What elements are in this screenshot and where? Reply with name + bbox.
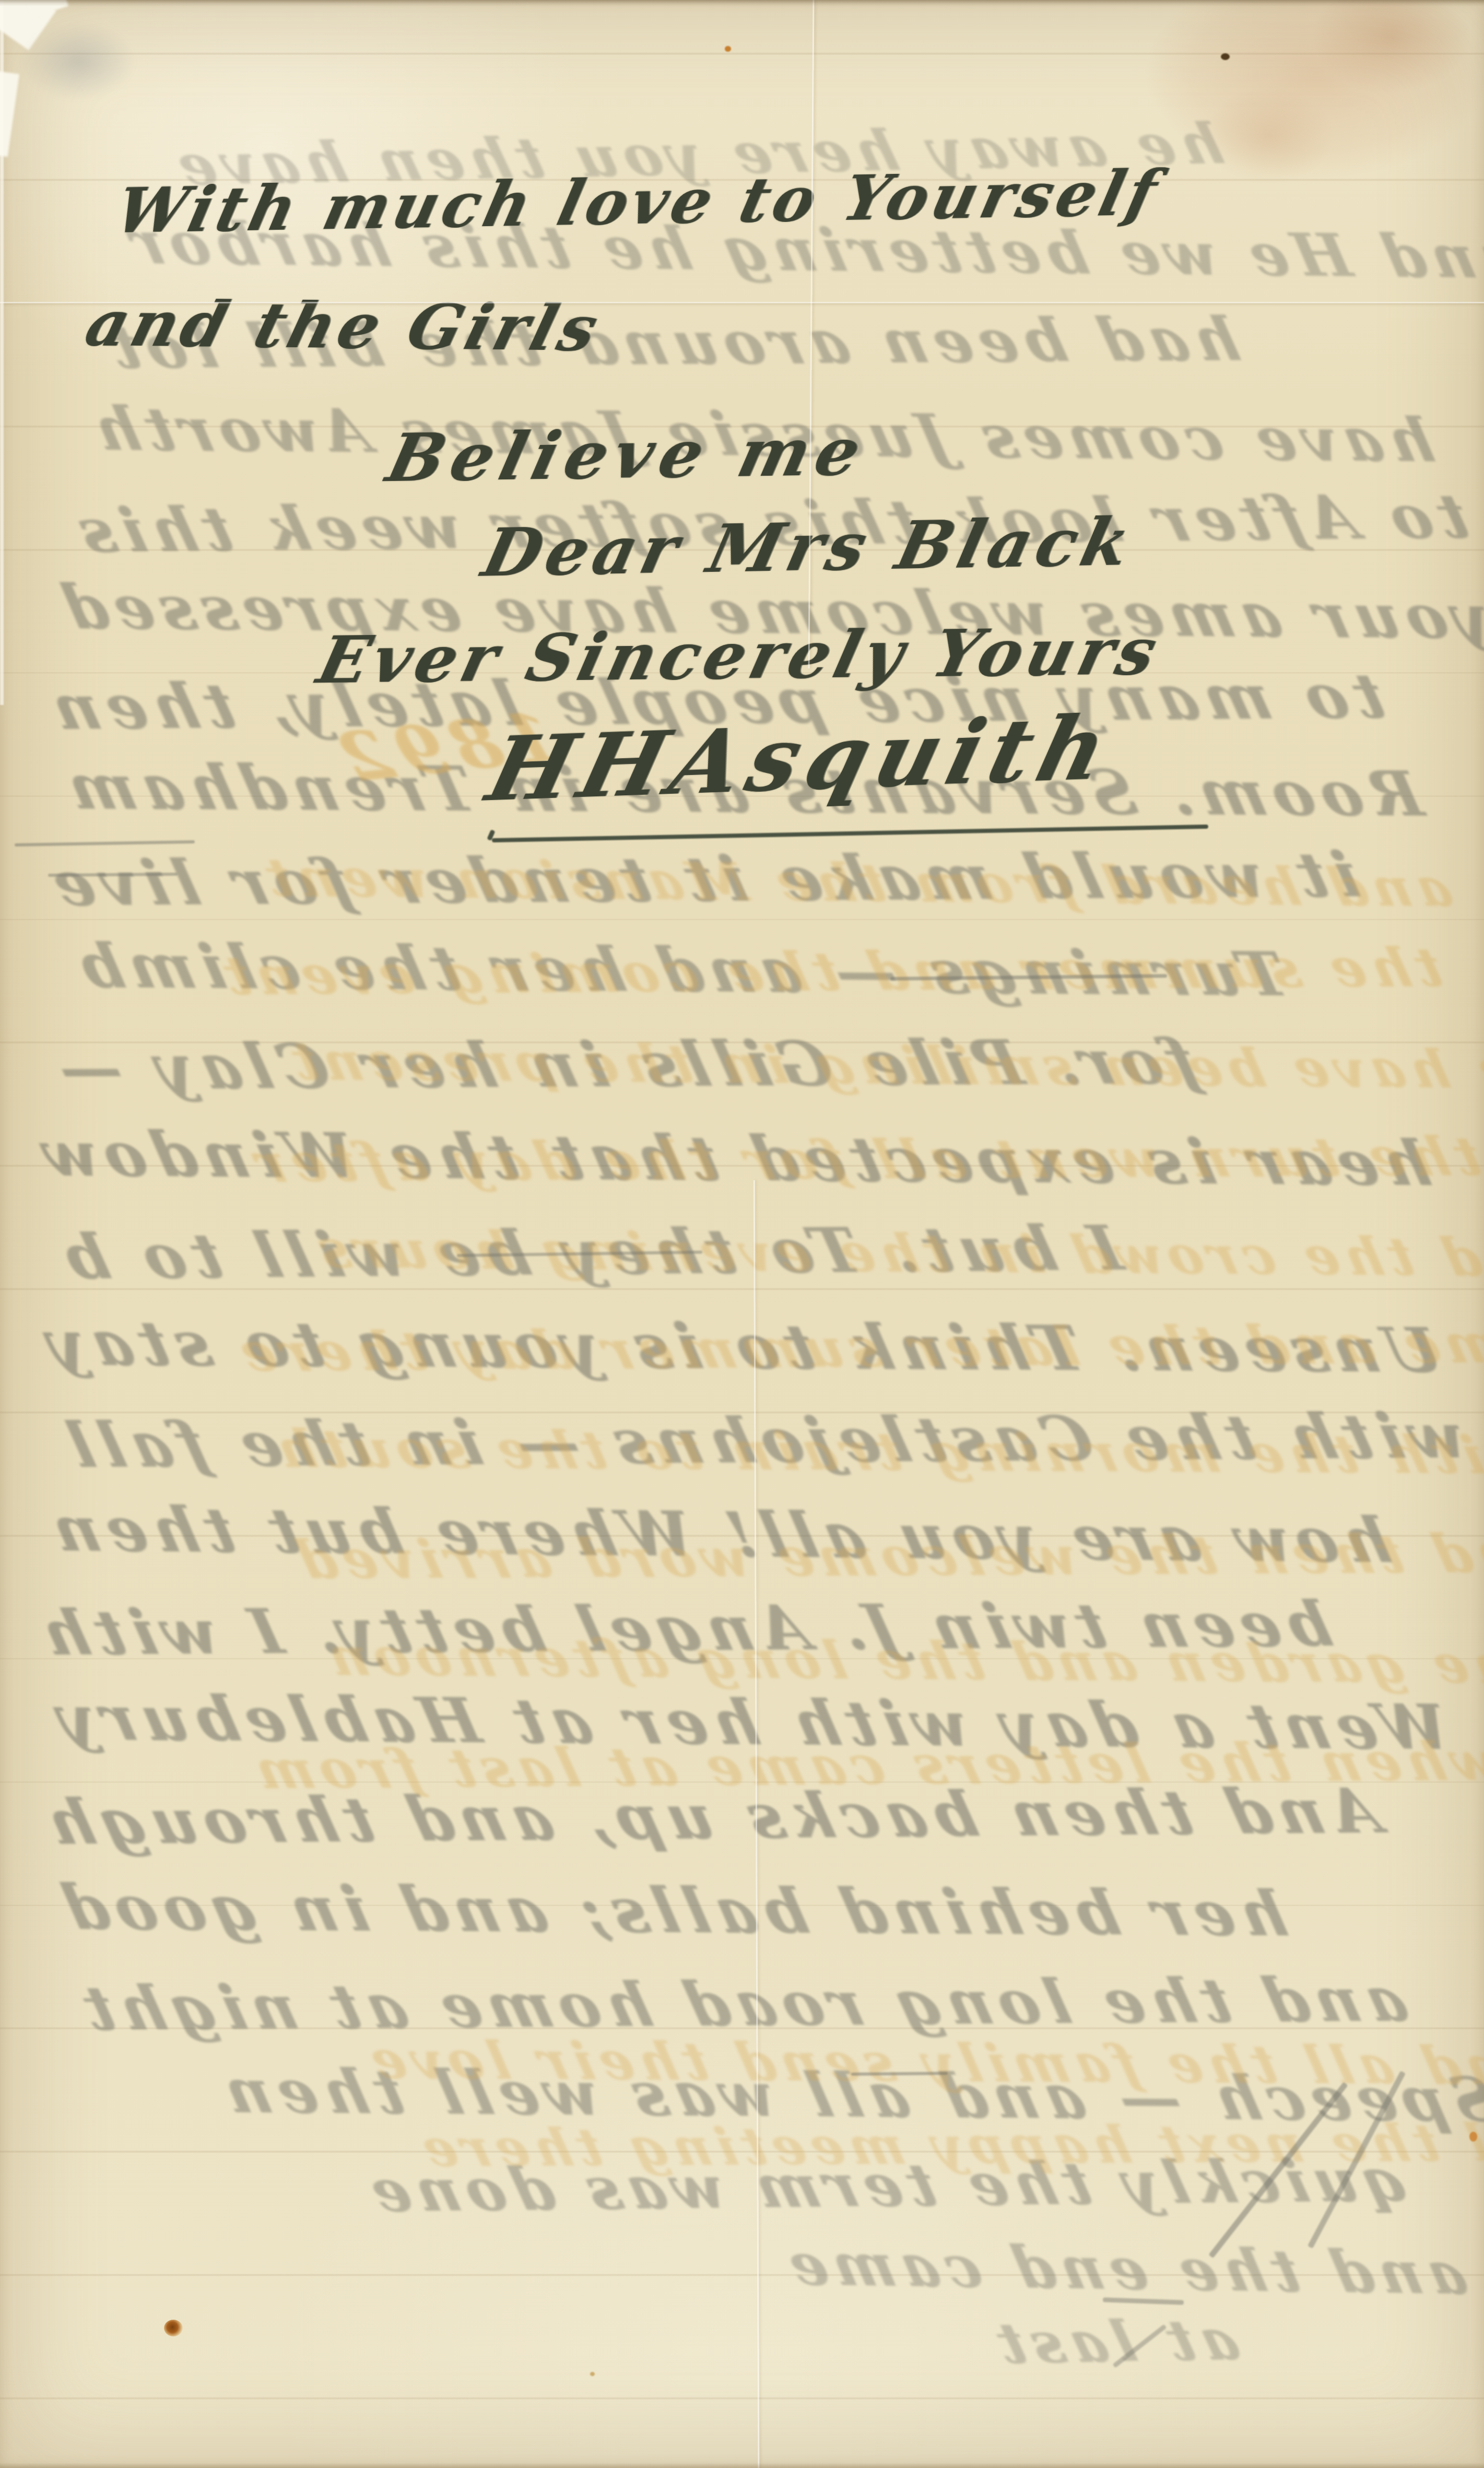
- orange-speck: [590, 2372, 595, 2376]
- dark-speck: [1221, 53, 1230, 60]
- gray-smudge: [21, 22, 136, 100]
- vertical-crease-top: [808, 0, 815, 668]
- horizontal-fold-crease: [0, 302, 1484, 303]
- rust-stain-dot: [164, 2320, 183, 2336]
- paper-artifacts-layer: [0, 0, 1484, 2468]
- left-edge-highlight: [0, 0, 4, 705]
- orange-speck: [1469, 2132, 1477, 2142]
- letter-scan-page: he away here you then haveand He we bett…: [0, 0, 1484, 2468]
- vertical-crease-bottom: [753, 1180, 760, 2468]
- orange-speck: [725, 46, 731, 52]
